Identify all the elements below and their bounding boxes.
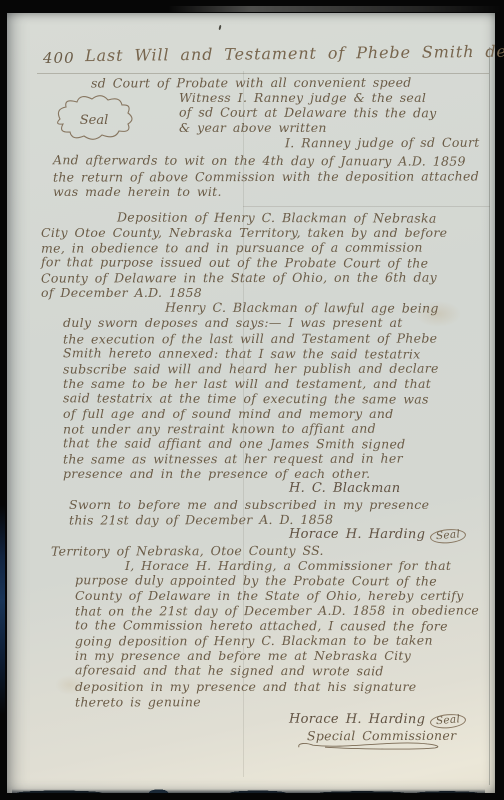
manuscript-line: subscribe said will and heard her publis… <box>63 360 487 376</box>
signature-harding: Horace H. HardingSeal <box>289 526 487 543</box>
manuscript-line: the return of above Commission with the … <box>53 168 487 184</box>
manuscript-line: And afterwards to wit on the 4th day of … <box>53 153 487 170</box>
manuscript-line: Smith hereto annexed: that I saw the sai… <box>63 345 487 362</box>
manuscript-line: to the Commission hereto attached, I cau… <box>75 617 487 634</box>
manuscript-line: that on the 21st day of December A.D. 18… <box>75 603 487 619</box>
signature-blackman: H. C. Blackman <box>289 481 487 497</box>
manuscript-line: Henry C. Blackman of lawful age being <box>63 300 487 317</box>
venue-heading: Territory of Nebraska, Otoe County SS. <box>51 542 487 558</box>
manuscript-line: the same as witnesses at her request and… <box>63 451 487 467</box>
manuscript-line: sd Court of Probate with all convenient … <box>91 74 487 90</box>
scanned-document: 400 Last Will and Testament of Phebe Smi… <box>0 0 504 800</box>
manuscript-line: going deposition of Henry C. Blackman to… <box>75 633 487 649</box>
manuscript-text: sd Court of Probate with all convenient … <box>7 75 487 743</box>
manuscript-line: said testatrix at the time of executing … <box>63 390 487 407</box>
manuscript-line: County of Delaware in the State of Ohio,… <box>41 270 487 286</box>
document-title: Last Will and Testament of Phebe Smith d… <box>85 42 495 65</box>
manuscript-line: the execution of the last will and Testa… <box>63 330 487 346</box>
signature-flourish <box>295 741 445 751</box>
page-edge-line <box>489 47 490 785</box>
manuscript-line: not under any restraint known to affiant… <box>63 421 487 437</box>
bottom-edge-smudge <box>12 785 485 793</box>
manuscript-line: & year above written <box>179 120 487 135</box>
manuscript-line: Sworn to before me and subscribed in my … <box>69 497 487 512</box>
manuscript-line: this 21st day of December A. D. 1858 <box>69 511 487 527</box>
manuscript-line: the same to be her last will and testame… <box>63 376 487 391</box>
manuscript-line: of December A.D. 1858 <box>41 285 487 300</box>
manuscript-line: was made herein to wit. <box>53 184 487 199</box>
manuscript-line: of full age and of sound mind and memory… <box>63 406 487 421</box>
manuscript-line: duly sworn deposes and says:— I was pres… <box>63 315 487 330</box>
manuscript-line: Deposition of Henry C. Blackman of Nebra… <box>41 209 487 226</box>
judge-signature: I. Ranney judge of sd Court <box>285 135 487 151</box>
manuscript-line: I, Horace H. Harding, a Commissioner for… <box>75 558 487 573</box>
paper: 400 Last Will and Testament of Phebe Smi… <box>7 13 495 793</box>
manuscript-line: thereto is genuine <box>75 693 487 709</box>
manuscript-line: Witness I. Ranney judge & the seal <box>179 90 487 105</box>
signature-harding-2-name: Horace H. Harding <box>289 711 425 726</box>
signature-title: Special Commissioner <box>307 728 487 744</box>
manuscript-line: County of Delaware in the State of Ohio,… <box>75 588 487 603</box>
manuscript-line: in my presence and before me at Nebraska… <box>75 648 487 663</box>
manuscript-line: purpose duly appointed by the Probate Co… <box>75 572 487 589</box>
manuscript-line: aforesaid and that he signed and wrote s… <box>75 663 487 680</box>
signature-harding-2: Horace H. HardingSeal <box>289 711 487 728</box>
signature-harding-name: Horace H. Harding <box>289 526 425 541</box>
page-number: 400 <box>43 49 75 67</box>
manuscript-line: that the said affiant and one James Smit… <box>63 435 487 452</box>
manuscript-line: City Otoe County, Nebraska Territory, ta… <box>41 225 487 240</box>
manuscript-line: deposition in my presence and that his s… <box>75 679 487 694</box>
manuscript-line: me, in obedience to and in pursuance of … <box>41 239 487 255</box>
manuscript-line: for that purpose issued out of the Proba… <box>41 254 487 271</box>
scan-glare <box>168 6 502 12</box>
manuscript-line: of sd Court at Delaware this the day <box>179 105 487 121</box>
manuscript-line: presence and in the presence of each oth… <box>63 466 487 481</box>
ink-speck <box>218 25 221 30</box>
binding-blue-mark <box>0 505 5 715</box>
